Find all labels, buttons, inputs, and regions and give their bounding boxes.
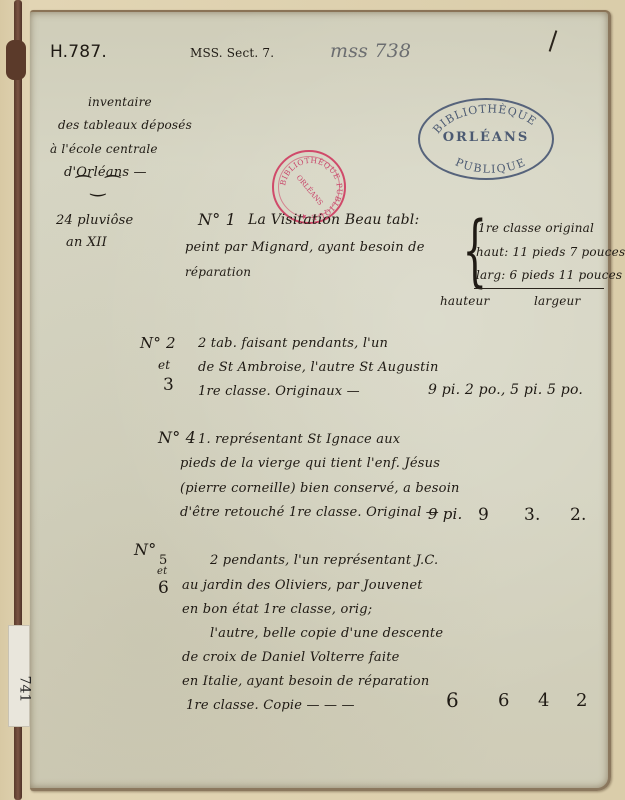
entry-1-height: haut: 11 pieds 7 pouces bbox=[476, 245, 625, 259]
entry-2-number-3: 3 bbox=[163, 375, 174, 395]
entry-1-width: larg: 6 pieds 11 pouces bbox=[476, 268, 622, 282]
entry-4-number: N° 4 bbox=[158, 428, 196, 447]
entry-5-line-7: 1re classe. Copie — — — bbox=[186, 698, 355, 713]
entry-5-line-3: en bon état 1re classe, orig; bbox=[182, 602, 372, 617]
date-line-1: 24 pluviôse bbox=[56, 213, 133, 228]
entry-2-number: N° 2 bbox=[140, 334, 176, 352]
entry-1-label-largeur: largeur bbox=[534, 294, 580, 308]
entry-4-dim-3: 3. bbox=[524, 505, 541, 525]
entry-1-number: N° 1 bbox=[198, 210, 236, 229]
entry-5-line-4: l'autre, belle copie d'une descente bbox=[210, 626, 443, 641]
entry-5-line-6: en Italie, ayant besoin de réparation bbox=[182, 674, 429, 689]
entry-2-line-2: de St Ambroise, l'autre St Augustin bbox=[198, 360, 439, 375]
entry-1-line-3: réparation bbox=[185, 265, 251, 279]
entry-4-dim-2: 9 bbox=[478, 505, 489, 525]
entry-2-line-3: 1re classe. Originaux — bbox=[198, 384, 360, 399]
entry-1-line-1: La Visitation Beau tabl: bbox=[248, 212, 419, 228]
ms-reference: MSS. Sect. 7. bbox=[190, 46, 274, 60]
blue-library-stamp: BIBLIOTHÈQUE PUBLIQUE ORLÉANS bbox=[418, 98, 554, 180]
entry-1-line-2: peint par Mignard, ayant besoin de bbox=[185, 240, 425, 255]
entry-4-line-1: 1. représentant St Ignace aux bbox=[198, 432, 400, 447]
entry-2-dimensions: 9 pi. 2 po., 5 pi. 5 po. bbox=[428, 382, 583, 398]
entry-5-line-1: 2 pendants, l'un représentant J.C. bbox=[210, 553, 438, 568]
svg-text:ORLÉANS: ORLÉANS bbox=[295, 173, 326, 207]
entry-2-line-1: 2 tab. faisant pendants, l'un bbox=[198, 336, 388, 351]
entry-5-line-2: au jardin des Oliviers, par Jouvenet bbox=[182, 578, 423, 593]
shelf-mark: H.787. bbox=[50, 42, 107, 62]
entry-5-line-5: de croix de Daniel Volterre faite bbox=[182, 650, 400, 665]
entry-5-dim-1: 6 bbox=[446, 688, 459, 712]
side-tab-label: 741 bbox=[8, 625, 30, 727]
entry-5-number: N° bbox=[134, 540, 156, 559]
entry-1-class-note: 1re classe original bbox=[478, 221, 594, 235]
date-line-2: an XII bbox=[66, 235, 107, 250]
entry-5-number-6: 6 bbox=[158, 578, 169, 598]
entry-1-underline bbox=[474, 288, 604, 289]
entry-4-dim-1: 9 pi. bbox=[428, 505, 462, 523]
title-line-1: inventaire bbox=[88, 95, 152, 109]
title-line-3: à l'école centrale bbox=[50, 142, 158, 156]
entry-5-number-et: et bbox=[157, 566, 167, 577]
entry-4-dim-4: 2. bbox=[570, 505, 587, 525]
entry-5-dim-4: 2 bbox=[576, 690, 588, 711]
entry-4-line-3: (pierre corneille) bien conservé, a beso… bbox=[180, 481, 460, 496]
pencil-shelf-mark: mss 738 bbox=[330, 40, 411, 62]
entry-5-dim-3: 4 bbox=[538, 690, 550, 711]
entry-5-dim-2: 6 bbox=[498, 690, 510, 711]
flourish-ornament: ⁀‿⁀ bbox=[76, 176, 120, 197]
entry-1-label-hauteur: hauteur bbox=[440, 294, 489, 308]
svg-text:PUBLIQUE: PUBLIQUE bbox=[453, 155, 528, 175]
entry-2-number-et: et bbox=[158, 358, 170, 372]
entry-4-line-2: pieds de la vierge qui tient l'enf. Jésu… bbox=[180, 456, 440, 471]
title-line-2: des tableaux déposés bbox=[58, 118, 192, 132]
binding-knot bbox=[6, 40, 26, 80]
blue-stamp-center-text: ORLÉANS bbox=[420, 130, 552, 145]
entry-4-line-4: d'être retouché 1re classe. Original — bbox=[180, 505, 439, 520]
